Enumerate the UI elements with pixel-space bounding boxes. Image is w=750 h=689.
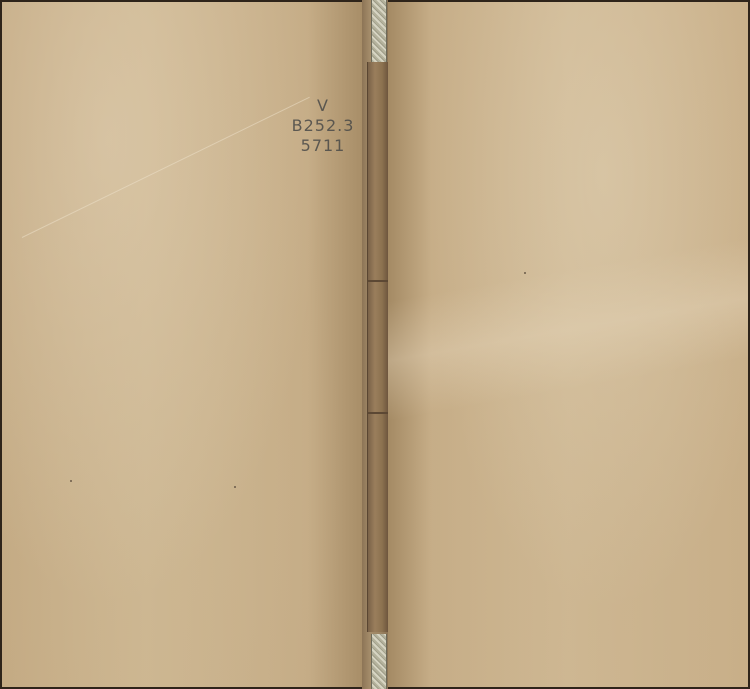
shelfmark-line-2: B252.3 xyxy=(283,116,363,136)
paper-speck xyxy=(70,480,72,482)
shelfmark-line-1: V xyxy=(283,96,363,116)
paper-speck xyxy=(234,486,236,488)
book-spread: V B252.3 5711 xyxy=(0,0,750,689)
spine-joint xyxy=(368,280,388,282)
headband-bottom xyxy=(371,634,387,689)
paper-crease xyxy=(22,97,310,238)
spine-joint xyxy=(368,412,388,414)
headband-top xyxy=(371,0,387,62)
shelfmark-line-3: 5711 xyxy=(283,136,363,156)
paper-speck xyxy=(524,272,526,274)
handwritten-shelfmark: V B252.3 5711 xyxy=(283,96,363,156)
spine xyxy=(367,62,389,632)
right-endpaper xyxy=(388,2,748,687)
